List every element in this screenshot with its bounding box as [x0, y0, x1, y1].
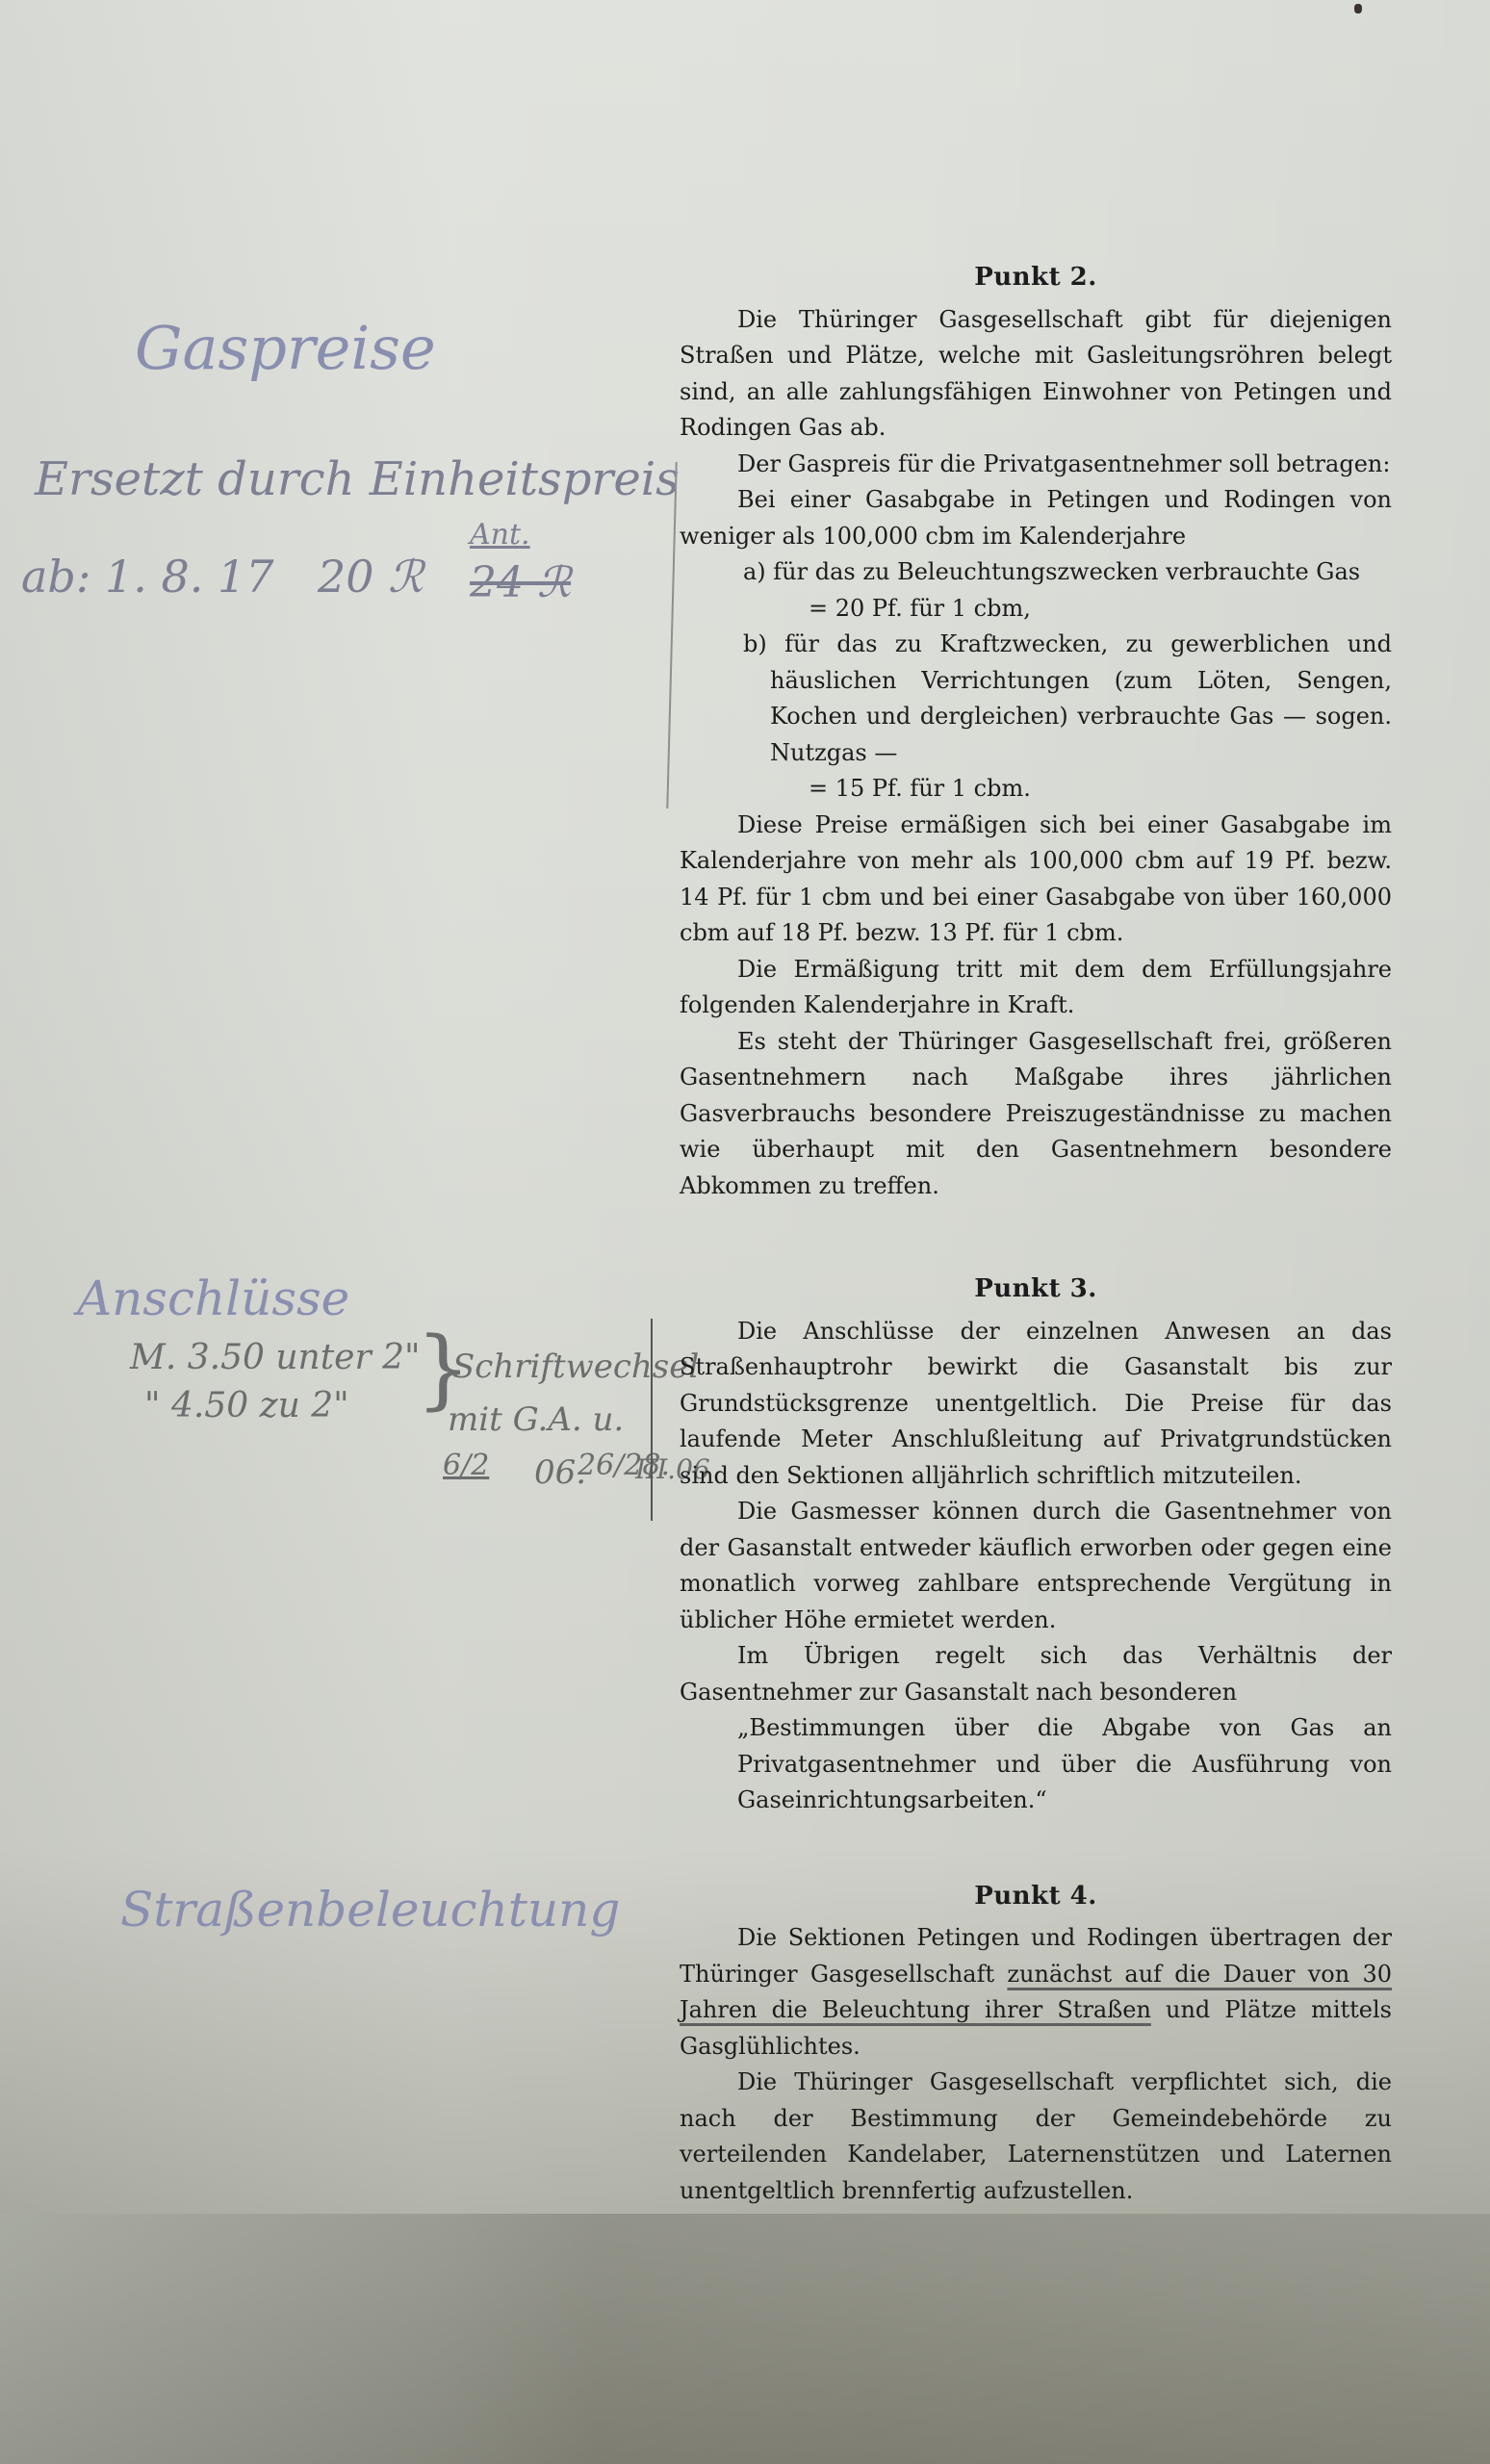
paragraph: Bei einer Gasabgabe in Petingen und Rodi… — [680, 482, 1392, 554]
list-item-price: = 15 Pf. für 1 cbm. — [770, 771, 1392, 808]
paragraph: Im Übrigen regelt sich das Verhältnis de… — [680, 1638, 1392, 1710]
annotation-gaspreise-line1: Ersetzt durch Einheitspreis — [35, 452, 680, 506]
paragraph: Die Sektionen Petingen und Rodingen über… — [680, 1920, 1392, 2065]
quoted-regulation: „Bestimmungen über die Abgabe von Gas an… — [737, 1710, 1392, 1819]
margin-pencil-line-2 — [651, 1319, 653, 1521]
margin-pencil-line-1 — [666, 462, 677, 808]
annotation-anschluesse-ref1: 6/2 — [443, 1449, 489, 1482]
list-item-a: a) für das zu Beleuchtungszwecken verbra… — [743, 554, 1392, 627]
page-bottom-shadow — [0, 2214, 1490, 2464]
ink-speck — [1354, 4, 1362, 13]
annotation-anschluesse-note1: Schriftwechsel — [452, 1347, 699, 1386]
annotation-strassenbeleuchtung: Straßenbeleuchtung — [120, 1882, 620, 1938]
section-punkt-3: Punkt 3. Die Anschlüsse der einzelnen An… — [680, 1271, 1392, 1819]
annotation-anschluesse-line1: M. 3.50 unter 2" — [130, 1338, 421, 1377]
annotation-gaspreise-label: Ant. — [470, 518, 530, 552]
list-item-price: = 20 Pf. für 1 cbm, — [770, 591, 1392, 628]
annotation-anschluesse-line2: " 4.50 zu 2" — [144, 1386, 349, 1425]
paragraph: Es steht der Thüringer Gasgesellschaft f… — [680, 1024, 1392, 1205]
paragraph: Die Thüringer Gasgesellschaft verpflicht… — [680, 2065, 1392, 2209]
paragraph: Die Ermäßigung tritt mit dem dem Erfüllu… — [680, 952, 1392, 1024]
paragraph: Die Gasmesser können durch die Gasentneh… — [680, 1494, 1392, 1638]
list-item-text: a) für das zu Beleuchtungszwecken verbra… — [743, 558, 1360, 585]
list-item-b: b) für das zu Kraftzwecken, zu gewerblic… — [743, 627, 1392, 808]
annotation-anschluesse-title: Anschlüsse — [77, 1270, 349, 1326]
paragraph: Diese Preise ermäßigen sich bei einer Ga… — [680, 808, 1392, 952]
list-item-text: b) für das zu Kraftzwecken, zu gewerblic… — [743, 630, 1392, 766]
paragraph: Die Thüringer Gasgesellschaft gibt für d… — [680, 302, 1392, 447]
section-heading: Punkt 3. — [680, 1271, 1392, 1308]
paragraph: Die Anschlüsse der einzelnen Anwesen an … — [680, 1314, 1392, 1495]
document-body: Punkt 2. Die Thüringer Gasgesellschaft g… — [680, 260, 1392, 2209]
annotation-gaspreise-price2: 24 ℛ — [470, 558, 571, 607]
paragraph: Der Gaspreis für die Privatgasentnehmer … — [680, 447, 1392, 483]
annotation-gaspreise-price1: 20 ℛ — [318, 551, 424, 603]
section-heading: Punkt 2. — [680, 260, 1392, 296]
annotation-anschluesse-note2: mit G.A. u. — [448, 1400, 624, 1439]
section-punkt-4: Punkt 4. Die Sektionen Petingen und Rodi… — [680, 1879, 1392, 2210]
section-punkt-2: Punkt 2. Die Thüringer Gasgesellschaft g… — [680, 260, 1392, 1204]
annotation-gaspreise-title: Gaspreise — [135, 313, 436, 383]
section-heading: Punkt 4. — [680, 1879, 1392, 1915]
annotation-gaspreise-date: ab: 1. 8. 17 — [21, 551, 274, 603]
